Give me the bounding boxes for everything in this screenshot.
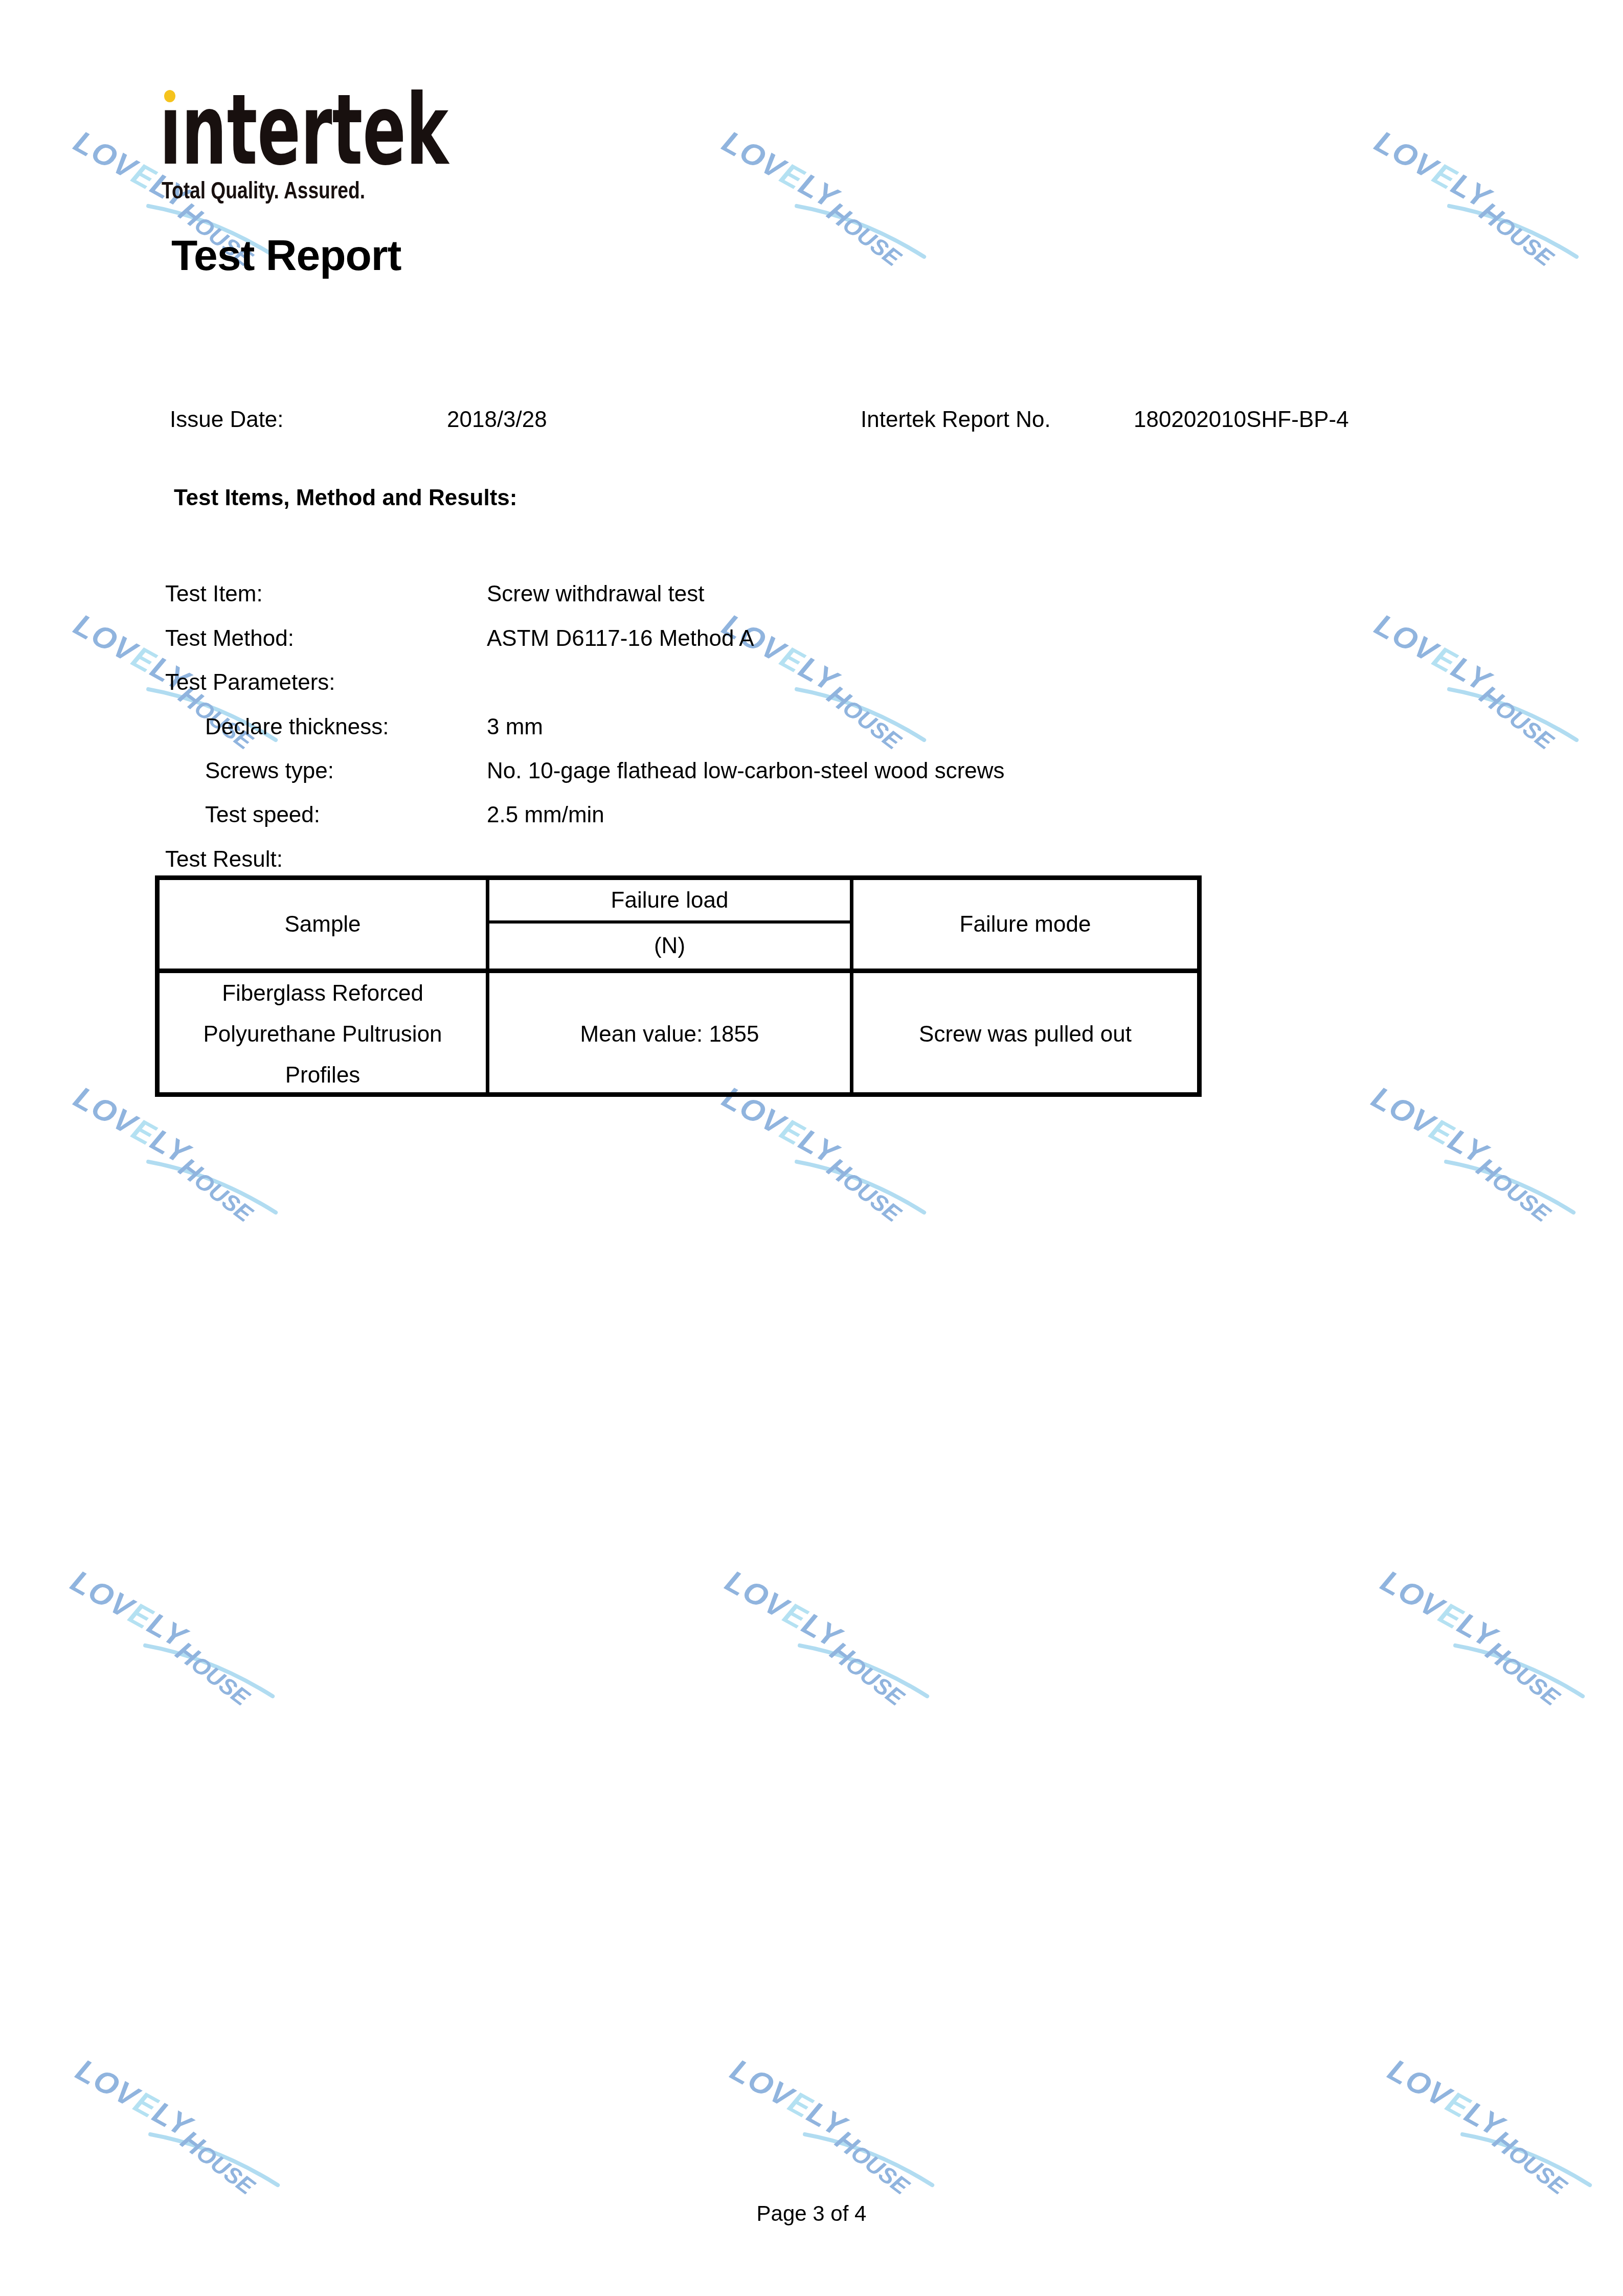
lovely-house-watermark: LOVELY HOUSE xyxy=(720,2050,940,2196)
lovely-house-watermark-graphic: LOVELY HOUSE xyxy=(65,2050,285,2196)
watermark-word-house: HOUSE xyxy=(1487,2125,1574,2201)
result-table: Sample Failure load (N) Failure mode Fib… xyxy=(155,875,1202,1097)
watermark-word-house: HOUSE xyxy=(821,196,909,273)
watermark-word-house: HOUSE xyxy=(821,680,909,756)
report-page: LOVELY HOUSE LOVELY HOUSE LOVELY HOUSE xyxy=(0,0,1623,2296)
intertek-logo-text: ıntertek xyxy=(160,76,449,187)
lovely-house-watermark: LOVELY HOUSE xyxy=(712,122,932,267)
table-header-failure-mode: Failure mode xyxy=(850,880,1197,969)
watermark-swoosh xyxy=(1449,190,1577,272)
test-speed-label: Test speed: xyxy=(205,800,320,830)
lovely-house-watermark: LOVELY HOUSE xyxy=(65,2050,285,2196)
watermark-swoosh xyxy=(1455,1630,1583,1712)
report-no-label: Intertek Report No. xyxy=(861,405,1051,435)
lovely-house-watermark: LOVELY HOUSE xyxy=(1361,1077,1581,1223)
declare-thickness-value: 3 mm xyxy=(487,712,543,742)
test-item-value: Screw withdrawal test xyxy=(487,579,704,609)
lovely-house-watermark-graphic: LOVELY HOUSE xyxy=(712,122,932,267)
watermark-word-house: HOUSE xyxy=(175,2125,262,2201)
table-cell-sample-name: Fiberglass Reforced Polyurethane Pultrus… xyxy=(160,969,486,1096)
watermark-word-lovely: LOVELY xyxy=(1366,1080,1495,1172)
intertek-logo-dot-icon xyxy=(164,90,175,102)
watermark-swoosh xyxy=(148,1146,276,1228)
watermark-swoosh xyxy=(1449,673,1577,755)
watermark-swoosh xyxy=(797,1146,925,1228)
watermark-word-lovely: LOVELY xyxy=(1376,1564,1504,1656)
watermark-word-lovely: LOVELY xyxy=(1369,124,1498,216)
watermark-swoosh xyxy=(145,1630,273,1712)
test-item-label: Test Item: xyxy=(165,579,263,609)
lovely-house-watermark: LOVELY HOUSE xyxy=(63,1077,283,1223)
watermark-swoosh xyxy=(800,1630,928,1712)
watermark-word-house: HOUSE xyxy=(1480,1636,1567,1712)
lovely-house-watermark-graphic: LOVELY HOUSE xyxy=(1370,1561,1590,1707)
watermark-word-lovely: LOVELY xyxy=(725,2053,854,2145)
lovely-house-watermark-graphic: LOVELY HOUSE xyxy=(1364,605,1584,751)
watermark-swoosh xyxy=(1462,2119,1590,2200)
lovely-house-watermark: LOVELY HOUSE xyxy=(1378,2050,1597,2196)
table-header-sample: Sample xyxy=(160,880,486,969)
report-no-value: 180202010SHF-BP-4 xyxy=(1134,405,1349,435)
page-indicator: Page 3 of 4 xyxy=(0,2200,1623,2227)
lovely-house-watermark-graphic: LOVELY HOUSE xyxy=(1361,1077,1581,1223)
issue-date-label: Issue Date: xyxy=(170,405,284,435)
watermark-swoosh xyxy=(797,190,925,272)
lovely-house-watermark: LOVELY HOUSE xyxy=(1370,1561,1590,1707)
table-cell-failure-mode: Screw was pulled out xyxy=(850,969,1197,1096)
lovely-house-watermark-graphic: LOVELY HOUSE xyxy=(715,1561,935,1707)
watermark-word-house: HOUSE xyxy=(821,1152,909,1228)
test-method-label: Test Method: xyxy=(165,624,294,654)
intertek-logo: ıntertek Total Quality. Assured. xyxy=(160,76,466,209)
lovely-house-watermark-graphic: LOVELY HOUSE xyxy=(720,2050,940,2196)
watermark-swoosh xyxy=(805,2119,933,2200)
test-parameters-label: Test Parameters: xyxy=(165,668,335,697)
test-result-label: Test Result: xyxy=(165,845,283,874)
lovely-house-watermark: LOVELY HOUSE xyxy=(60,1561,280,1707)
watermark-word-house: HOUSE xyxy=(170,1636,257,1712)
watermark-swoosh xyxy=(797,673,925,755)
watermark-word-house: HOUSE xyxy=(1471,1152,1558,1228)
lovely-house-watermark-graphic: LOVELY HOUSE xyxy=(712,1077,932,1223)
lovely-house-watermark-graphic: LOVELY HOUSE xyxy=(63,1077,283,1223)
lovely-house-watermark-graphic: LOVELY HOUSE xyxy=(1378,2050,1597,2196)
watermark-swoosh xyxy=(150,2119,278,2200)
watermark-word-house: HOUSE xyxy=(824,1636,912,1712)
declare-thickness-label: Declare thickness: xyxy=(205,712,389,742)
watermark-word-house: HOUSE xyxy=(829,2125,917,2201)
screws-type-label: Screws type: xyxy=(205,756,334,786)
watermark-word-lovely: LOVELY xyxy=(720,1564,849,1656)
screws-type-value: No. 10-gage flathead low-carbon-steel wo… xyxy=(487,756,1005,786)
table-cell-failure-load: Mean value: 1855 xyxy=(486,969,850,1096)
watermark-word-house: HOUSE xyxy=(1474,196,1561,273)
table-header-failure-load-unit: (N) xyxy=(486,924,850,969)
watermark-word-house: HOUSE xyxy=(173,1152,260,1228)
section-heading: Test Items, Method and Results: xyxy=(174,483,517,513)
watermark-word-lovely: LOVELY xyxy=(1369,607,1498,700)
watermark-swoosh xyxy=(1446,1146,1574,1228)
lovely-house-watermark: LOVELY HOUSE xyxy=(715,1561,935,1707)
watermark-word-lovely: LOVELY xyxy=(1383,2053,1512,2145)
watermark-layer: LOVELY HOUSE LOVELY HOUSE LOVELY HOUSE xyxy=(0,0,1623,2296)
lovely-house-watermark-graphic: LOVELY HOUSE xyxy=(1364,122,1584,267)
page-title: Test Report xyxy=(171,233,401,278)
lovely-house-watermark: LOVELY HOUSE xyxy=(1364,605,1584,751)
brand-tagline: Total Quality. Assured. xyxy=(162,177,365,204)
test-speed-value: 2.5 mm/min xyxy=(487,800,604,830)
watermark-word-house: HOUSE xyxy=(1474,680,1561,756)
watermark-word-lovely: LOVELY xyxy=(65,1564,194,1656)
watermark-word-lovely: LOVELY xyxy=(71,2053,199,2145)
lovely-house-watermark: LOVELY HOUSE xyxy=(1364,122,1584,267)
test-method-value: ASTM D6117-16 Method A xyxy=(487,624,754,654)
watermark-word-lovely: LOVELY xyxy=(717,124,846,216)
issue-date-value: 2018/3/28 xyxy=(447,405,547,435)
table-header-failure-load: Failure load xyxy=(486,880,850,924)
lovely-house-watermark: LOVELY HOUSE xyxy=(712,1077,932,1223)
lovely-house-watermark-graphic: LOVELY HOUSE xyxy=(60,1561,280,1707)
